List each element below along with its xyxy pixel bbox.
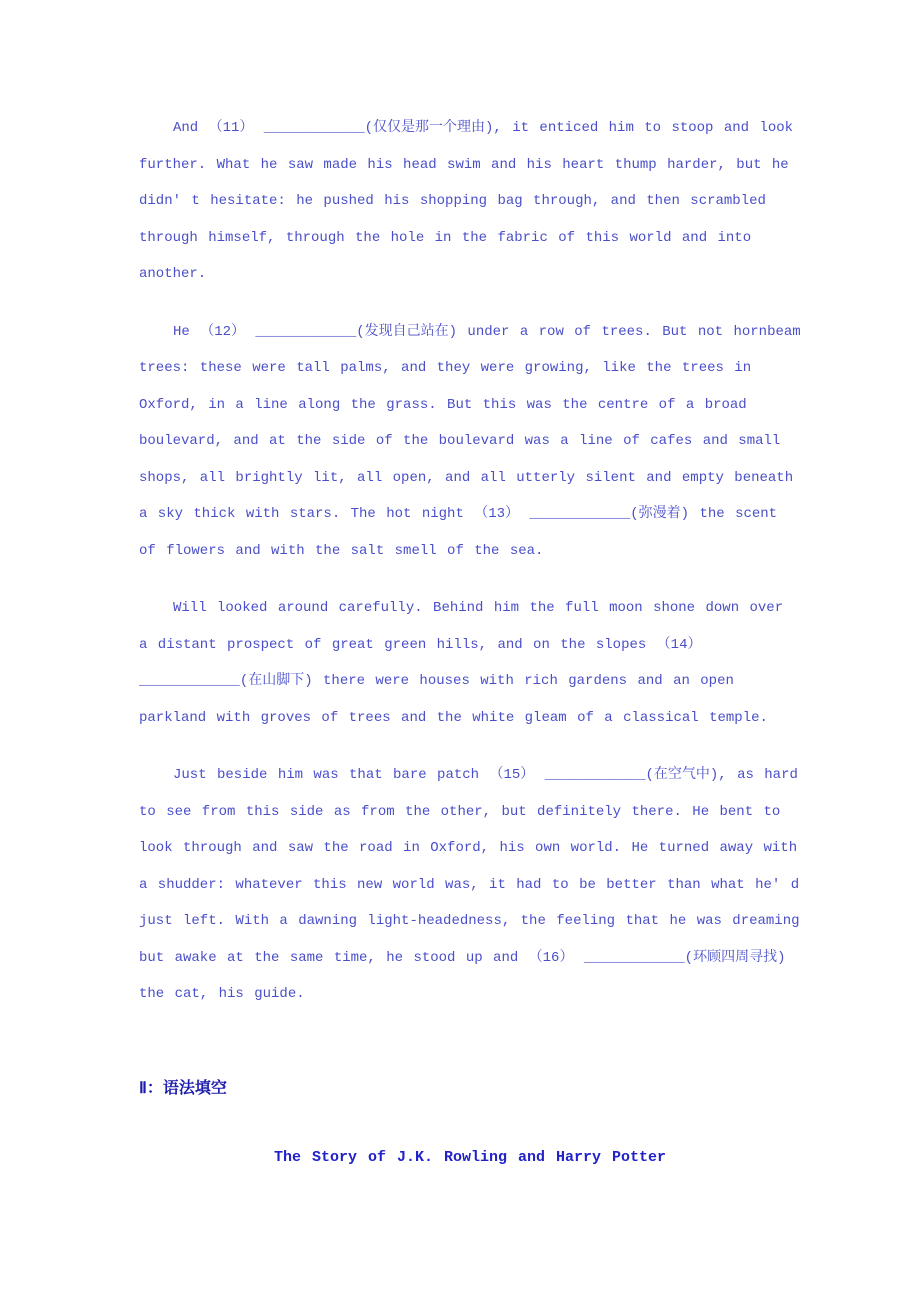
section-heading: Ⅱ：语法填空 (139, 1077, 810, 1101)
passage-paragraph: And （11） ____________(仅仅是那一个理由), it enti… (139, 110, 801, 293)
document-page: And （11） ____________(仅仅是那一个理由), it enti… (0, 0, 920, 1302)
reading-passage: And （11） ____________(仅仅是那一个理由), it enti… (139, 110, 810, 1013)
passage-paragraph: Just beside him was that bare patch （15）… (139, 757, 801, 1013)
passage-title: The Story of J.K. Rowling and Harry Pott… (139, 1147, 801, 1169)
passage-paragraph: He （12） ____________(发现自己站在) under a row… (139, 314, 801, 570)
passage-paragraph: Will looked around carefully. Behind him… (139, 590, 801, 736)
